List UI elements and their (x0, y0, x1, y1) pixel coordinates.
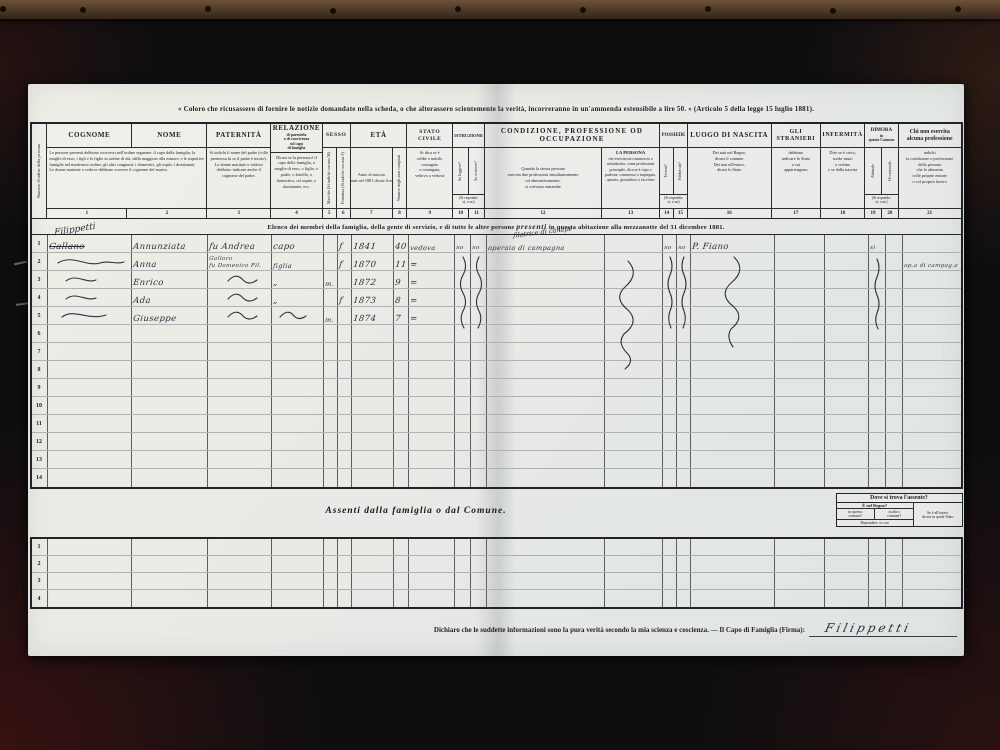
empty-cell (869, 556, 886, 572)
absent-location-box: Dove si trova l'assente? È nel Regno? Se… (836, 493, 963, 527)
stato-cell: = (409, 289, 455, 306)
empty-cell (48, 415, 132, 432)
empty-cell (208, 539, 272, 555)
empty-cell (605, 469, 663, 487)
absent-title: Assenti dalla famiglia o dal Comune. (90, 506, 743, 516)
empty-cell (869, 397, 886, 414)
empty-cell (352, 451, 394, 468)
stato-cell: = (409, 253, 455, 270)
col-istruzione-title: ISTRUZIONE (453, 124, 484, 148)
anno-cell: 1872 (352, 271, 394, 288)
empty-cell (208, 433, 272, 450)
col-paternita-desc: Si indichi il nome del padre (colla prem… (207, 148, 270, 208)
empty-cell (324, 469, 338, 487)
empty-cell (677, 325, 691, 342)
empty-cell (48, 433, 132, 450)
table-row: 11 (32, 415, 961, 433)
cognome-value: Gallano (48, 243, 85, 252)
empty-cell (903, 415, 961, 432)
condizione-cell (487, 253, 605, 270)
col-paternita: PATERNITÀ Si indichi il nome del padre (… (207, 124, 271, 218)
absent-box-title: Dove si trova l'assente? (837, 494, 962, 503)
empty-cell (352, 433, 394, 450)
col-anno-desc: Anno di nascita Pei nati nel 1881 dicasi… (351, 170, 393, 186)
dimora-occasionale-cell (886, 253, 903, 270)
empty-cell (886, 573, 903, 589)
dimora-abituale-cell (869, 253, 886, 270)
absent-respond-note: Rispondere: sì o no (837, 520, 915, 526)
empty-cell (487, 325, 605, 342)
empty-cell (455, 539, 471, 555)
sa-scrivere-cell (471, 307, 487, 324)
empty-cell (338, 556, 352, 572)
empty-cell (886, 343, 903, 360)
col-group-dimora: DIMORA in questo Comune Abituale Occasio… (865, 124, 899, 218)
maschio-cell: m. (324, 307, 338, 324)
empty-cell (825, 590, 869, 607)
col-num-15: 15 (674, 209, 687, 218)
empty-cell (338, 573, 352, 589)
stato-value: = (409, 279, 417, 288)
empty-cell (677, 379, 691, 396)
empty-cell (455, 451, 471, 468)
empty-cell (605, 451, 663, 468)
empty-cell (487, 539, 605, 555)
empty-cell (48, 343, 132, 360)
table-row: 12 (32, 433, 961, 451)
empty-cell (869, 415, 886, 432)
row-number: 3 (32, 573, 48, 589)
terreni-cell (663, 271, 677, 288)
table-row: 9 (32, 379, 961, 397)
empty-cell (825, 415, 869, 432)
empty-cell (455, 397, 471, 414)
empty-cell (409, 590, 455, 607)
empty-cell (691, 343, 775, 360)
present-caption: Elenco dei membri della famiglia, della … (30, 219, 963, 235)
sesso-value: f (338, 261, 342, 270)
empty-cell (409, 379, 455, 396)
declaration-text: Dichiaro che le suddette informazioni so… (434, 626, 805, 634)
margin-pencil-tick (14, 261, 27, 266)
row-number: 14 (32, 469, 48, 487)
col-cognome-nome-desc: Le persone presenti debbono iscriversi n… (47, 148, 206, 208)
empty-cell (775, 415, 825, 432)
empty-cell (605, 343, 663, 360)
empty-cell (208, 573, 272, 589)
empty-cell (677, 361, 691, 378)
empty-cell (775, 590, 825, 607)
empty-cell (48, 361, 132, 378)
col-possiede-title: POSSIEDE (660, 124, 687, 148)
empty-cell (903, 539, 961, 555)
empty-cell (455, 325, 471, 342)
col-num-7: 7 (351, 209, 393, 218)
relazione-cell (272, 307, 324, 324)
row-number: 4 (32, 289, 48, 306)
col-luogo-nascita: LUOGO DI NASCITA Dei nati nel Regno, dic… (688, 124, 772, 218)
empty-cell (691, 556, 775, 572)
empty-cell (663, 433, 677, 450)
empty-cell (409, 361, 455, 378)
col-number-label: Numero d'ordine della persona (37, 144, 42, 198)
anno-cell: 1870 (352, 253, 394, 270)
empty-cell (394, 451, 409, 468)
empty-cell (691, 573, 775, 589)
empty-cell (272, 539, 324, 555)
empty-cell (132, 556, 208, 572)
empty-cell (338, 397, 352, 414)
anno-cell: 1841 (352, 235, 394, 252)
empty-cell (903, 451, 961, 468)
empty-cell (48, 556, 132, 572)
col-infermita-desc: Dire se è cieco, sordo-muto o cretino e … (821, 148, 864, 208)
empty-cell (272, 573, 324, 589)
empty-cell (394, 397, 409, 414)
table-row: 13 (32, 451, 961, 469)
empty-cell (869, 590, 886, 607)
anni-value: 8 (394, 297, 401, 306)
empty-cell (691, 397, 775, 414)
empty-cell (663, 325, 677, 342)
sa-scrivere-cell: no (471, 235, 487, 252)
row-number: 1 (32, 235, 48, 252)
empty-cell (869, 325, 886, 342)
empty-cell (677, 573, 691, 589)
empty-cell (324, 379, 338, 396)
anni-value: 7 (394, 315, 401, 324)
empty-cell (677, 556, 691, 572)
empty-cell (272, 556, 324, 572)
empty-cell (409, 573, 455, 589)
empty-cell (471, 539, 487, 555)
col-stranieri: GLI STRANIERI debbono indicare lo Stato … (772, 124, 822, 218)
nome-value: Anna (132, 261, 157, 270)
empty-cell (605, 325, 663, 342)
col-num-10: 10 (453, 209, 469, 218)
empty-cell (869, 433, 886, 450)
sa-leggere-cell: no (455, 235, 471, 252)
terreni-cell: no (663, 235, 677, 252)
col-infermita-title: INFERMITÀ (821, 124, 864, 148)
sesso-value: m. (324, 317, 334, 324)
empty-cell (903, 469, 961, 487)
empty-cell (691, 415, 775, 432)
sa-leggere-cell (455, 253, 471, 270)
col-anni-desc: Numero degli anni compiuti (397, 155, 401, 201)
empty-cell (471, 433, 487, 450)
row-number: 8 (32, 361, 48, 378)
empty-cell (677, 590, 691, 607)
empty-cell (208, 451, 272, 468)
empty-cell (394, 469, 409, 487)
terreni-cell (663, 253, 677, 270)
fabbricati-cell (677, 307, 691, 324)
col-non-esercita-desc: indichi la condizione o professione dell… (899, 148, 961, 208)
cognome-cell (48, 271, 132, 288)
empty-cell (886, 397, 903, 414)
empty-cell (352, 361, 394, 378)
empty-cell (487, 573, 605, 589)
empty-cell (775, 573, 825, 589)
col-12-desc: Quando la stessa persona esercita due pr… (506, 164, 581, 191)
stranieri-cell (775, 307, 825, 324)
col-luogo-desc: Dei nati nel Regno, dicasi il comune Dei… (688, 148, 771, 208)
table-row: 7 (32, 343, 961, 361)
relazione-value: „ (272, 297, 278, 306)
col-stranieri-title: GLI STRANIERI (772, 124, 821, 148)
empty-cell (272, 433, 324, 450)
empty-cell (338, 361, 352, 378)
col-sa-leggere-label: Sa leggere? (458, 162, 462, 181)
posizione-cell (605, 235, 663, 252)
empty-cell (487, 556, 605, 572)
empty-cell (455, 379, 471, 396)
empty-cell (471, 343, 487, 360)
empty-cell (825, 325, 869, 342)
empty-cell (869, 539, 886, 555)
empty-cell (409, 451, 455, 468)
empty-cell (677, 469, 691, 487)
empty-cell (903, 325, 961, 342)
col-abituale-label: Abituale (871, 164, 875, 178)
empty-cell (903, 343, 961, 360)
empty-cell (677, 397, 691, 414)
col-num-18: 18 (821, 208, 864, 218)
empty-cell (775, 361, 825, 378)
empty-cell (605, 590, 663, 607)
empty-cell (691, 451, 775, 468)
empty-cell (869, 469, 886, 487)
col-num-12: 12 (485, 209, 602, 218)
empty-cell (691, 361, 775, 378)
paternita-value: fu Andrea (208, 243, 255, 252)
empty-cell (394, 325, 409, 342)
empty-cell (338, 469, 352, 487)
col-occasionale-label: Occasionale (888, 161, 892, 181)
legge-value: no (455, 246, 463, 252)
anni-value: 40 (394, 243, 407, 252)
empty-cell (903, 433, 961, 450)
col-dimora-note: (Si risponda: sì, o no) (865, 194, 898, 208)
empty-cell (208, 325, 272, 342)
anni-cell: 40 (394, 235, 409, 252)
empty-cell (208, 379, 272, 396)
cognome-cell (48, 253, 132, 270)
legal-warning-text: « Coloro che ricusassero di fornire le n… (28, 105, 964, 113)
anni-value: 9 (394, 279, 401, 288)
empty-cell (208, 361, 272, 378)
nascita-cell (691, 271, 775, 288)
posizione-cell (605, 307, 663, 324)
empty-cell (324, 361, 338, 378)
femmina-cell (338, 271, 352, 288)
terreni-value: no (663, 246, 671, 252)
col-femmina-label: Femmina (Si indichi con una F) (341, 152, 345, 204)
empty-cell (272, 469, 324, 487)
empty-cell (605, 361, 663, 378)
col-condizione-title: CONDIZIONE, PROFESSIONE OD OCCUPAZIONE (485, 124, 659, 148)
sa-leggere-cell (455, 289, 471, 306)
paternita-sopra-value: Galloro (208, 257, 232, 263)
row-number: 5 (32, 307, 48, 324)
row-number: 7 (32, 343, 48, 360)
table-row: 4 Ada „ f 1873 8 = (32, 289, 961, 307)
empty-cell (272, 451, 324, 468)
nome-cell: Giuseppe (132, 307, 208, 324)
col-stato-civile: STATO CIVILE Si dica se è celibe o nubil… (407, 124, 453, 218)
empty-cell (455, 361, 471, 378)
empty-cell (775, 379, 825, 396)
empty-cell (869, 379, 886, 396)
table-row: 6 (32, 325, 961, 343)
femmina-cell: f (338, 289, 352, 306)
sa-leggere-cell (455, 307, 471, 324)
col-relazione-title: RELAZIONE di parentela o di convivenza c… (271, 124, 322, 153)
empty-cell (775, 433, 825, 450)
col-istruzione-note: (Si risponda: sì, o no) (453, 194, 484, 208)
alimenta-value: op.a di campag.a (903, 264, 958, 270)
empty-cell (605, 379, 663, 396)
cognome-cell (48, 289, 132, 306)
anno-value: 1841 (352, 243, 376, 252)
col-num-1: 1 (47, 209, 127, 218)
empty-cell (132, 343, 208, 360)
anno-value: 1872 (352, 279, 376, 288)
dimora-abituale-cell (869, 307, 886, 324)
empty-cell (324, 590, 338, 607)
femmina-cell: f (338, 253, 352, 270)
empty-cell (825, 451, 869, 468)
empty-cell (487, 469, 605, 487)
empty-cell (208, 415, 272, 432)
empty-cell (886, 556, 903, 572)
col-num-20: 20 (882, 209, 898, 218)
relazione-cell: „ (272, 271, 324, 288)
empty-cell (409, 397, 455, 414)
sesso-value: f (338, 243, 342, 252)
empty-cell (272, 379, 324, 396)
paternita-cell: Galloro fu Domenico Fil. (208, 253, 272, 270)
empty-cell (663, 451, 677, 468)
nome-value: Giuseppe (132, 315, 176, 324)
census-table: Numero d'ordine della persona COGNOME NO… (30, 122, 963, 637)
empty-cell (132, 379, 208, 396)
col-num-9: 9 (407, 208, 452, 218)
empty-cell (132, 469, 208, 487)
present-rows: Filippetti (30, 235, 963, 489)
col-num-8: 8 (393, 209, 407, 218)
empty-cell (471, 451, 487, 468)
empty-cell (272, 325, 324, 342)
row-number: 13 (32, 451, 48, 468)
col-terreni-label: Terreni? (664, 164, 668, 178)
empty-cell (886, 590, 903, 607)
empty-cell (825, 361, 869, 378)
col-num-13: 13 (602, 209, 659, 218)
nascita-value: P. Fiano (691, 243, 729, 252)
empty-cell (48, 397, 132, 414)
empty-cell (775, 539, 825, 555)
stato-value: = (409, 315, 417, 324)
dimora-value: sì (869, 246, 875, 252)
empty-cell (352, 379, 394, 396)
absent-section-band: Assenti dalla famiglia o dal Comune. Dov… (30, 489, 963, 537)
empty-cell (605, 415, 663, 432)
empty-cell (394, 415, 409, 432)
empty-cell (394, 379, 409, 396)
stato-cell: = (409, 307, 455, 324)
empty-cell (324, 556, 338, 572)
empty-cell (394, 556, 409, 572)
empty-cell (691, 433, 775, 450)
col-relazione: RELAZIONE di parentela o di convivenza c… (271, 124, 323, 218)
nome-cell: Ada (132, 289, 208, 306)
nome-cell: Anna (132, 253, 208, 270)
paternita-cell (208, 271, 272, 288)
fabbricati-value: no (677, 246, 685, 252)
row-number: 10 (32, 397, 48, 414)
sa-scrivere-cell (471, 253, 487, 270)
anni-cell: 11 (394, 253, 409, 270)
empty-cell (132, 325, 208, 342)
empty-cell (352, 469, 394, 487)
alimenta-cell (903, 307, 961, 324)
table-header: Numero d'ordine della persona COGNOME NO… (30, 122, 963, 219)
empty-cell (869, 573, 886, 589)
stranieri-cell (775, 235, 825, 252)
empty-cell (352, 556, 394, 572)
nascita-cell: P. Fiano (691, 235, 775, 252)
empty-cell (208, 469, 272, 487)
stato-value: = (409, 261, 417, 270)
empty-cell (409, 343, 455, 360)
col-maschio-label: Maschio (Si indichi con una M) (327, 152, 331, 204)
col-num-5: 5 (323, 209, 337, 218)
empty-cell (352, 397, 394, 414)
empty-cell (208, 590, 272, 607)
empty-cell (455, 415, 471, 432)
table-row: 2 (32, 556, 961, 573)
empty-cell (825, 539, 869, 555)
empty-cell (663, 343, 677, 360)
empty-cell (886, 433, 903, 450)
empty-cell (825, 343, 869, 360)
empty-cell (48, 590, 132, 607)
empty-cell (132, 361, 208, 378)
alimenta-cell (903, 289, 961, 306)
col-fabbricati-label: Fabbricati? (678, 162, 682, 180)
empty-cell (886, 539, 903, 555)
sa-scrivere-cell (471, 271, 487, 288)
row-number: 2 (32, 556, 48, 572)
empty-cell (886, 379, 903, 396)
empty-cell (272, 590, 324, 607)
anni-cell: 9 (394, 271, 409, 288)
col-dimora-title: DIMORA in questo Comune (865, 124, 898, 148)
empty-cell (394, 343, 409, 360)
empty-cell (471, 469, 487, 487)
head-of-family-signature: Filippetti (809, 621, 961, 637)
empty-cell (775, 556, 825, 572)
col-num-6: 6 (337, 209, 350, 218)
table-row: 8 (32, 361, 961, 379)
empty-cell (775, 325, 825, 342)
infermita-cell (825, 289, 869, 306)
col-sesso-title: SESSO (323, 124, 350, 148)
empty-cell (825, 573, 869, 589)
dimora-occasionale-cell (886, 235, 903, 252)
